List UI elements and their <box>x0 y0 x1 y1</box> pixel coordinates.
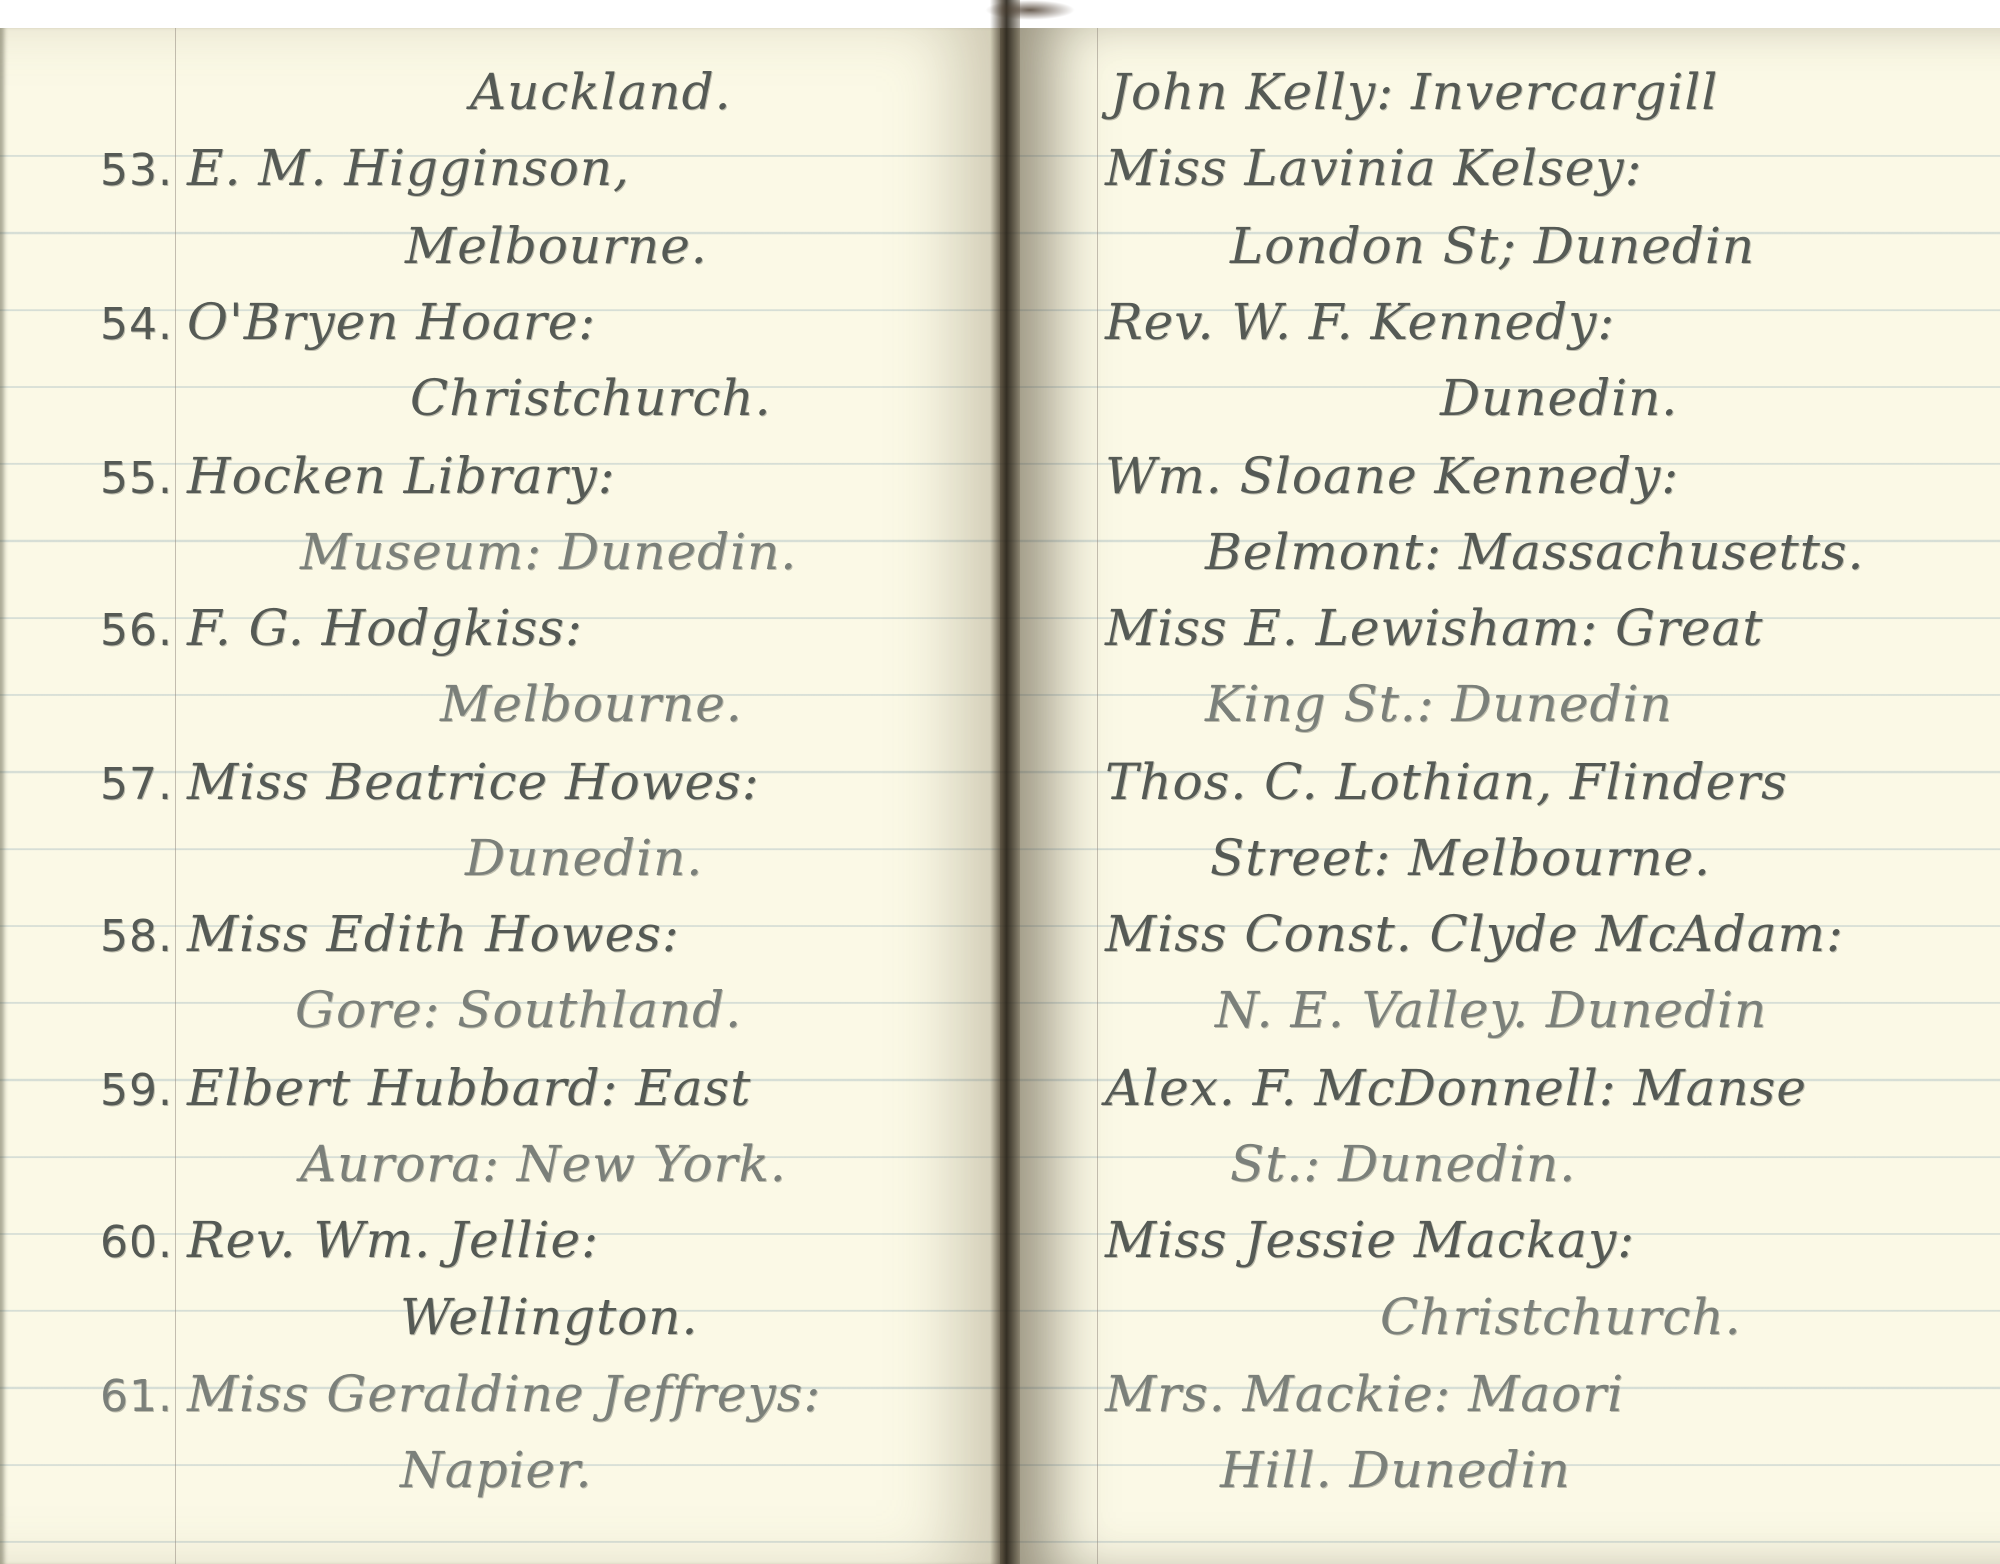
entry-location: Wellington. <box>400 1287 698 1347</box>
entry-line: Miss E. Lewisham: Great <box>1105 598 1763 658</box>
entry-line: Belmont: Massachusetts. <box>1205 522 1864 582</box>
entry-number: 53. <box>100 145 173 196</box>
entry-location: Dunedin. <box>465 828 703 888</box>
entry-number: 54. <box>100 299 173 350</box>
entry-location: Museum: Dunedin. <box>300 522 797 582</box>
entry-line: Miss Lavinia Kelsey: <box>1105 138 1642 198</box>
entry-name: 53.E. M. Higginson, <box>100 138 630 201</box>
entry-number: 60. <box>100 1217 173 1268</box>
book-gutter <box>990 0 1020 1564</box>
entry-line: London St; Dunedin <box>1230 216 1755 276</box>
open-ledger-book: Auckland. 53.E. M. Higginson, Melbourne.… <box>0 0 2000 1564</box>
entry-location: Gore: Southland. <box>295 980 742 1040</box>
right-margin-rule <box>1097 28 1098 1564</box>
entry-name: 57.Miss Beatrice Howes: <box>100 752 760 815</box>
entry-number: 57. <box>100 759 173 810</box>
entry-number: 59. <box>100 1065 173 1116</box>
entry-number: 56. <box>100 605 173 656</box>
entry-line: Mrs. Mackie: Maori <box>1105 1364 1624 1424</box>
entry-number: 55. <box>100 453 173 504</box>
entry-name: 60.Rev. Wm. Jellie: <box>100 1210 599 1273</box>
entry-line: Alex. F. McDonnell: Manse <box>1105 1058 1807 1118</box>
entry-line: Dunedin. <box>1440 368 1678 428</box>
entry-name: 55.Hocken Library: <box>100 446 616 509</box>
entry-line: N. E. Valley. Dunedin <box>1215 980 1767 1040</box>
entry-line: Miss Jessie Mackay: <box>1105 1210 1635 1270</box>
entry-name: 56.F. G. Hodgkiss: <box>100 598 583 661</box>
entry-line: Rev. W. F. Kennedy: <box>1105 292 1615 352</box>
entry-line: King St.: Dunedin <box>1205 674 1673 734</box>
entry-line: Christchurch. <box>1380 1287 1742 1347</box>
entry-number: 61. <box>100 1371 173 1422</box>
entry-number: 58. <box>100 911 173 962</box>
entry-name: 54.O'Bryen Hoare: <box>100 292 596 355</box>
entry-line: Hill. Dunedin <box>1220 1440 1571 1500</box>
entry-location: Christchurch. <box>410 368 772 428</box>
entry-line: Wm. Sloane Kennedy: <box>1105 446 1679 506</box>
entry-name: 58.Miss Edith Howes: <box>100 904 680 967</box>
entry-line: St.: Dunedin. <box>1230 1134 1576 1194</box>
entry-location: Napier. <box>400 1440 592 1500</box>
entry-location: Melbourne. <box>405 216 708 276</box>
entry-location: Aurora: New York. <box>300 1134 787 1194</box>
entry-line: Street: Melbourne. <box>1210 828 1711 888</box>
entry-line: Thos. C. Lothian, Flinders <box>1105 752 1788 812</box>
entry-name: 59.Elbert Hubbard: East <box>100 1058 751 1121</box>
page-heading: Auckland. <box>470 62 732 122</box>
entry-name: 61.Miss Geraldine Jeffreys: <box>100 1364 821 1427</box>
entry-line: John Kelly: Invercargill <box>1110 62 1718 122</box>
gutter-top-shadow <box>985 0 1075 20</box>
entry-line: Miss Const. Clyde McAdam: <box>1105 904 1844 964</box>
entry-location: Melbourne. <box>440 674 743 734</box>
